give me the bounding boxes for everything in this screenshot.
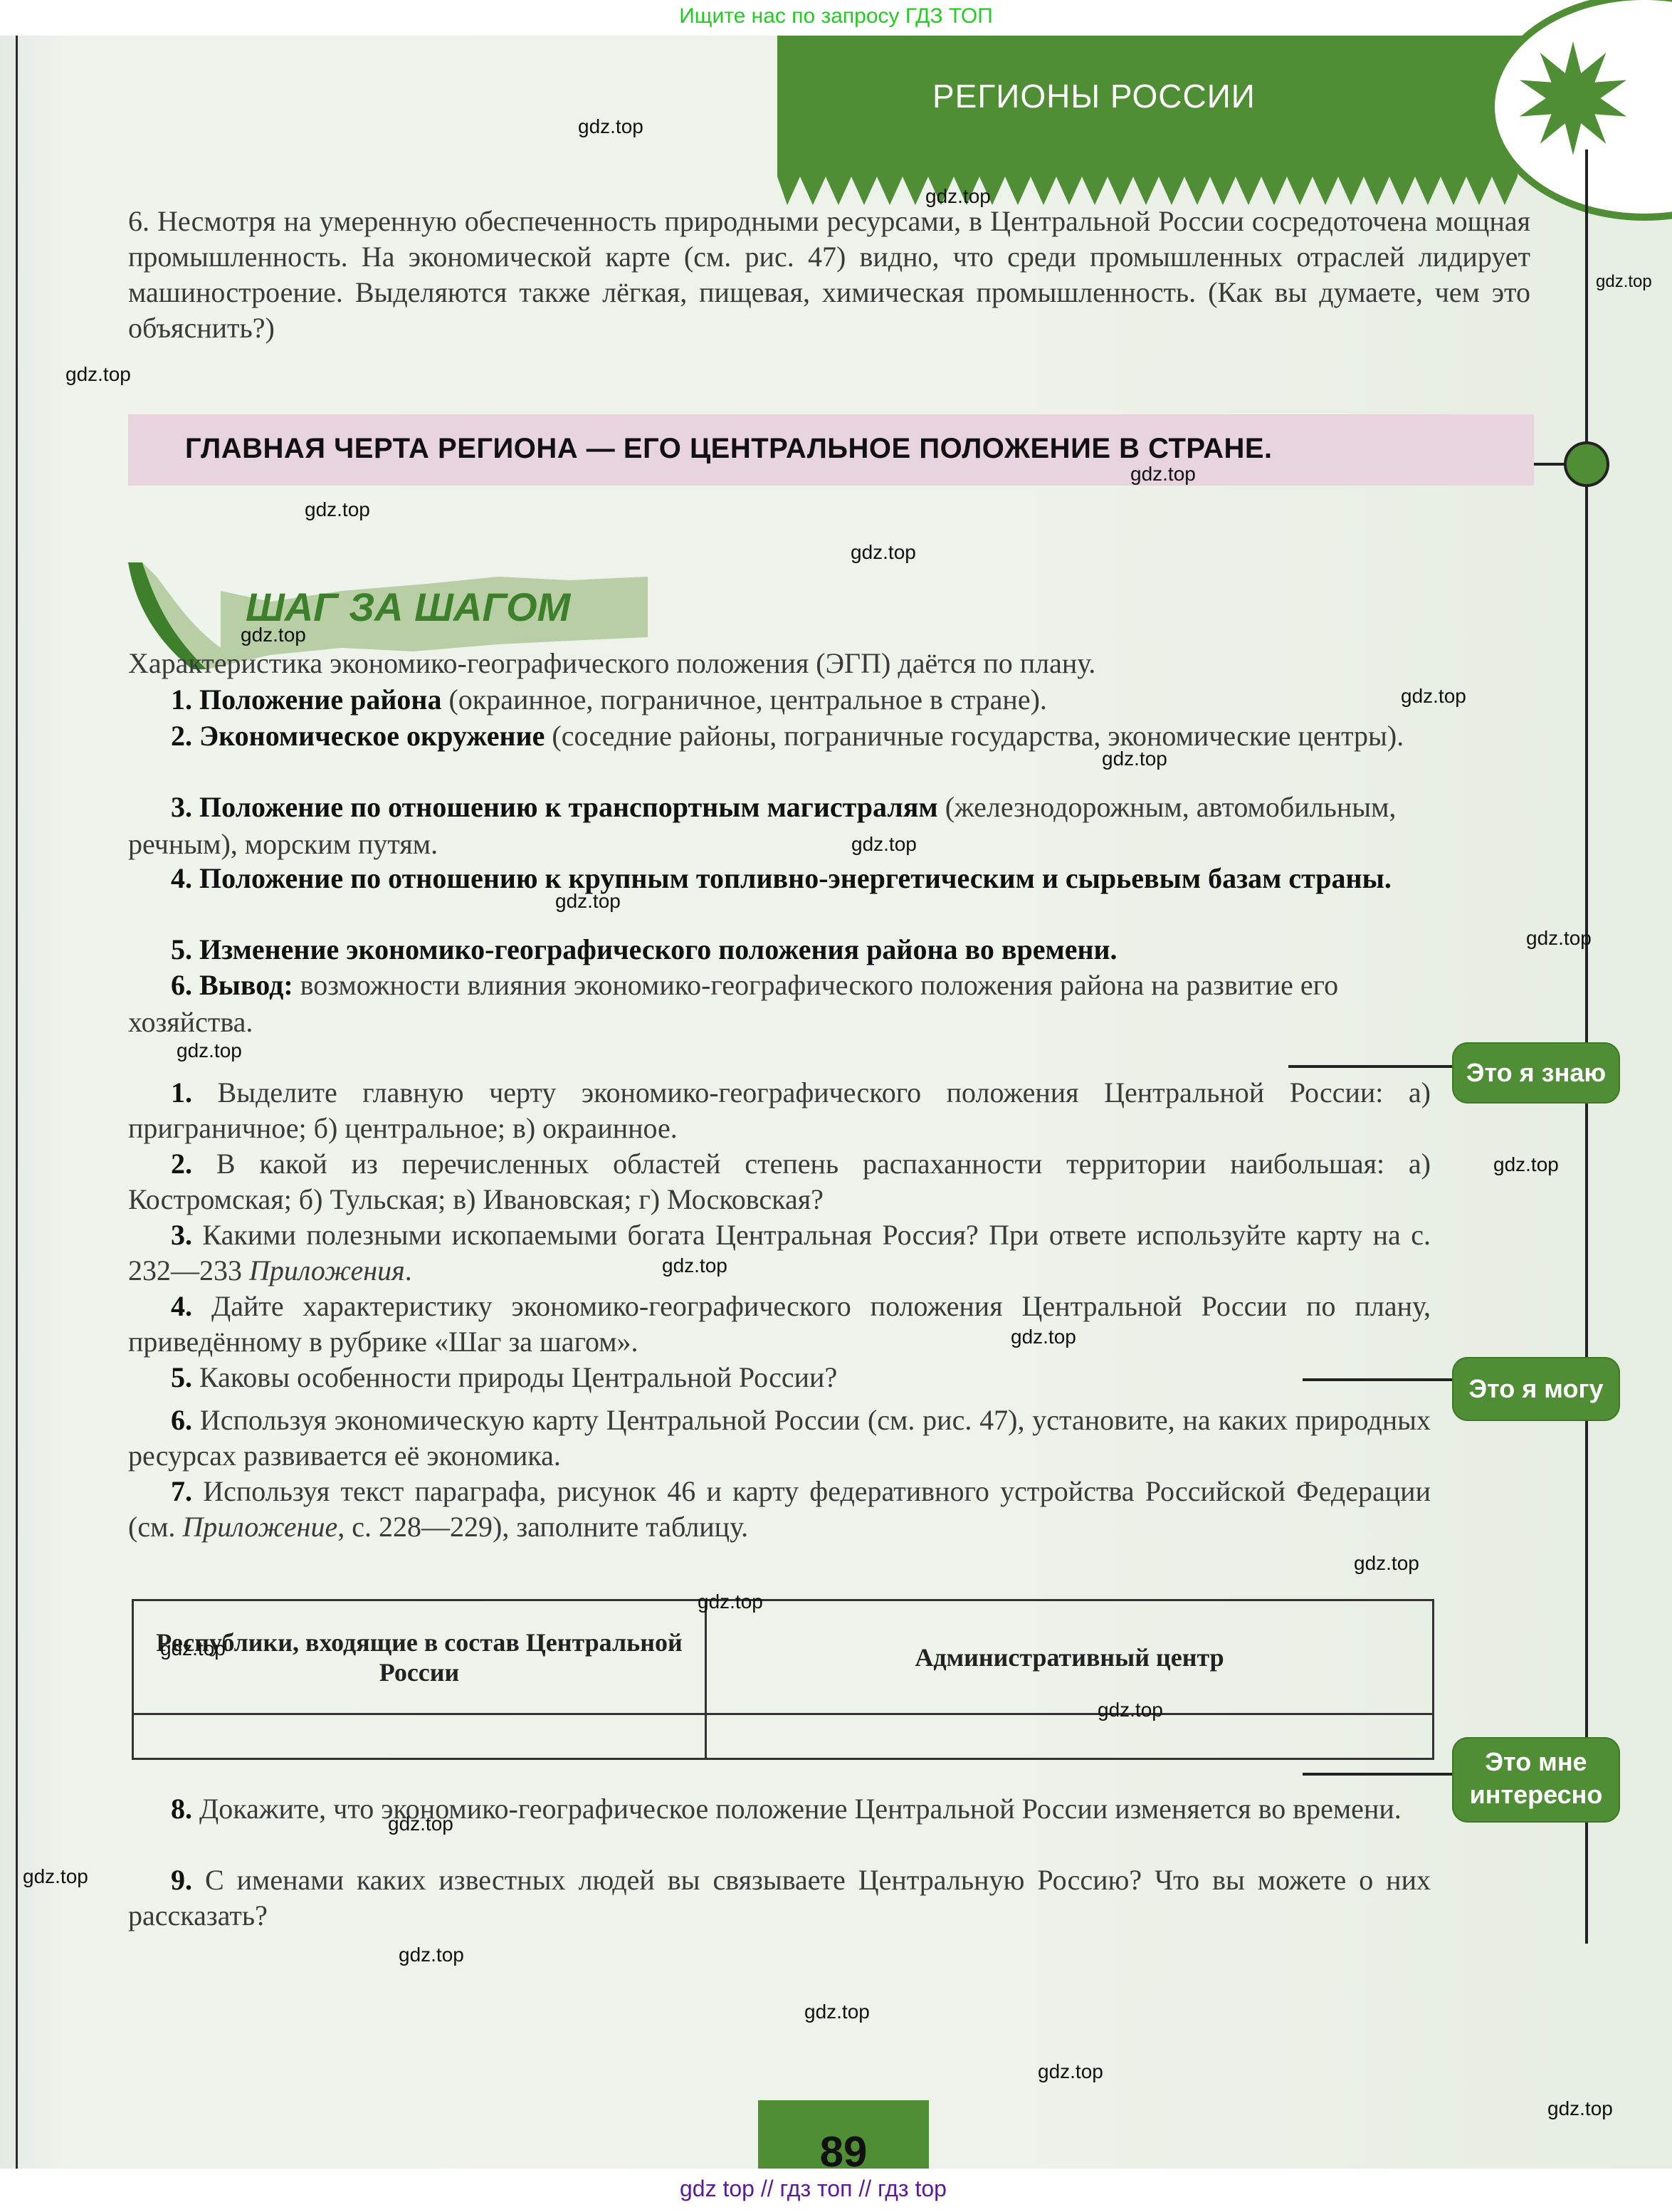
watermark: gdz.top (177, 1039, 242, 1062)
plan-item: 1. Положение района (окраинное, погранич… (128, 681, 1452, 718)
plan-item: 2. Экономическое окружение (соседние рай… (128, 718, 1452, 755)
watermark: gdz.top (241, 624, 306, 646)
star-icon (1516, 41, 1630, 155)
plan-item: 3. Положение по отношению к транспортным… (128, 789, 1452, 863)
tag-connector-line (1303, 1773, 1456, 1776)
table-cell-center[interactable] (706, 1714, 1434, 1759)
bottom-ad-text[interactable]: gdz top // гдз топ // гдз top (680, 2176, 947, 2202)
plan-intro: Характеристика экономико-географического… (128, 645, 1452, 682)
intro-paragraph: 6. Несмотря на умеренную обеспеченность … (128, 204, 1530, 346)
watermark: gdz.top (698, 1590, 763, 1613)
table-header-admin-center: Административный центр (706, 1600, 1434, 1714)
watermark: gdz.top (1102, 748, 1167, 770)
watermark: gdz.top (1493, 1153, 1559, 1176)
watermark: gdz.top (1526, 927, 1592, 950)
watermark: gdz.top (1098, 1699, 1163, 1721)
watermark: gdz.top (662, 1254, 727, 1277)
republics-table: Республики, входящие в состав Центрально… (132, 1599, 1434, 1760)
question-item: 2. В какой из перечисленных областей сте… (128, 1146, 1431, 1217)
question-item: 3. Какими полезными ископаемыми богата Ц… (128, 1217, 1431, 1289)
question-item: 8. Докажите, что экономико-географическо… (128, 1791, 1431, 1827)
section-title: РЕГИОНЫ РОССИИ (932, 77, 1256, 115)
watermark: gdz.top (1596, 272, 1652, 292)
table-cell-republic[interactable] (133, 1714, 706, 1759)
watermark: gdz.top (305, 498, 370, 521)
watermark: gdz.top (804, 2001, 870, 2023)
textbook-page: РЕГИОНЫ РОССИИ 6. Несмотря на умеренную … (0, 36, 1672, 2169)
top-ad-text: Ищите нас по запросу ГДЗ ТОП (679, 4, 993, 28)
main-feature-banner: ГЛАВНАЯ ЧЕРТА РЕГИОНА — ЕГО ЦЕНТРАЛЬНОЕ … (128, 414, 1534, 486)
tag-this-i-know: Это я знаю (1452, 1042, 1620, 1104)
plan-item: 5. Изменение экономико-географического п… (128, 931, 1452, 968)
watermark: gdz.top (1130, 463, 1196, 486)
question-item: 5. Каковы особенности природы Центрально… (128, 1360, 1431, 1395)
watermark: gdz.top (388, 1813, 453, 1835)
watermark: gdz.top (1011, 1326, 1076, 1348)
watermark: gdz.top (65, 363, 131, 386)
plan-item: 6. Вывод: возможности влияния экономико-… (128, 967, 1452, 1041)
watermark: gdz.top (1547, 2097, 1613, 2120)
watermark: gdz.top (555, 890, 621, 913)
watermark: gdz.top (578, 115, 643, 138)
question-item: 6. Используя экономическую карту Централ… (128, 1403, 1431, 1474)
watermark: gdz.top (160, 1637, 226, 1660)
tag-this-i-can: Это я могу (1452, 1357, 1620, 1421)
tag-connector-line (1288, 1065, 1453, 1068)
watermark: gdz.top (851, 833, 917, 856)
watermark: gdz.top (1401, 685, 1466, 708)
main-feature-text: ГЛАВНАЯ ЧЕРТА РЕГИОНА — ЕГО ЦЕНТРАЛЬНОЕ … (185, 433, 1273, 465)
page-spine-divider (16, 36, 18, 2169)
question-item: 4. Дайте характеристику экономико-геогра… (128, 1289, 1431, 1360)
question-item: 9. С именами каких известных людей вы св… (128, 1862, 1431, 1934)
plan-item: 4. Положение по отношению к крупным топл… (128, 860, 1452, 897)
table-row (133, 1714, 1434, 1759)
top-ad-banner: Ищите нас по запросу ГДЗ ТОП (0, 0, 1672, 36)
tag-this-interests-me: Это мне интересно (1452, 1737, 1620, 1823)
watermark: gdz.top (1354, 1552, 1419, 1575)
green-dot-marker (1564, 441, 1609, 487)
watermark: gdz.top (1038, 2060, 1103, 2083)
banner-connector-line (1534, 463, 1565, 466)
question-item: 7. Используя текст параграфа, рисунок 46… (128, 1474, 1431, 1545)
watermark: gdz.top (399, 1944, 464, 1966)
bottom-ad-banner: gdz top // гдз топ // гдз top (0, 2169, 1672, 2212)
question-item: 1. Выделите главную черту экономико-геог… (128, 1075, 1431, 1146)
watermark: gdz.top (925, 185, 991, 208)
tag-connector-line (1303, 1378, 1453, 1381)
watermark: gdz.top (851, 541, 916, 564)
watermark: gdz.top (23, 1865, 88, 1888)
